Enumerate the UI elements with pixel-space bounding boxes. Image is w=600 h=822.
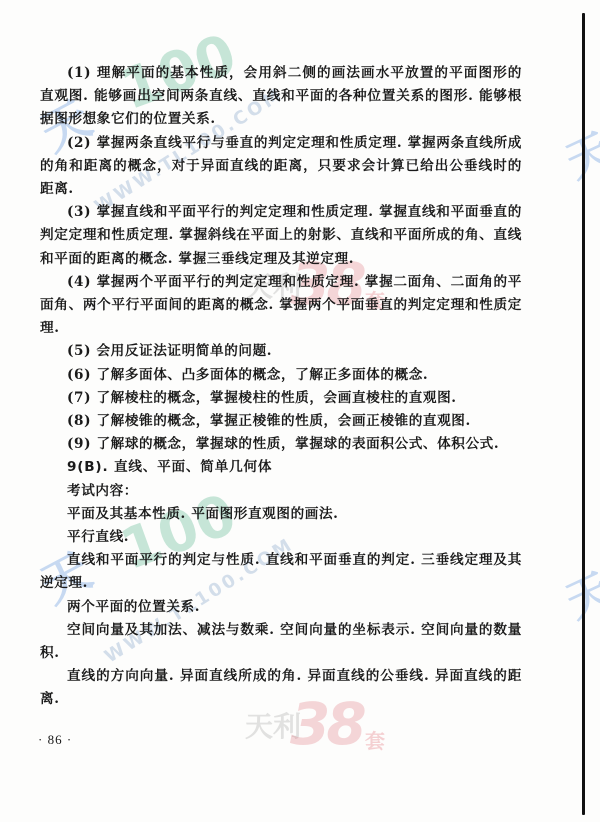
page-binding-line (582, 13, 585, 815)
requirement-item-6: (6) 了解多面体、凸多面体的概念，了解正多面体的概念. (40, 364, 522, 387)
requirement-item-2: (2) 掌握两条直线平行与垂直的判定定理和性质定理. 掌握两条直线所成的角和距离… (40, 132, 522, 202)
exam-content-label: 考试内容： (40, 480, 522, 503)
watermark-tian-char-edge: 天 (554, 114, 600, 191)
section-heading: 9(B). 直线、平面、简单几何体 (40, 456, 522, 479)
requirement-item-4: (4) 掌握两个平面平行的判定定理和性质定理. 掌握二面角、二面角的平面角、两个… (40, 271, 522, 341)
requirement-item-7: (7) 了解棱柱的概念，掌握棱柱的性质，会画直棱柱的直观图. (40, 387, 522, 410)
exam-content-item-3: 直线和平面平行的判定与性质. 直线和平面垂直的判定. 三垂线定理及其逆定理. (40, 549, 522, 595)
exam-content-item-2: 平行直线. (40, 526, 522, 549)
exam-content-item-4: 两个平面的位置关系. (40, 596, 522, 619)
scanned-page: 100 天 WWW.TL100.COM 天利 38 套 100 天 WWW.TL… (0, 0, 600, 822)
page-number: · 86 · (38, 732, 72, 748)
requirement-item-3: (3) 掌握直线和平面平行的判定定理和性质定理. 掌握直线和平面垂直的判定定理和… (40, 201, 522, 271)
exam-content-item-1: 平面及其基本性质. 平面图形直观图的画法. (40, 503, 522, 526)
requirement-item-8: (8) 了解棱锥的概念，掌握正棱锥的性质，会画正棱锥的直观图. (40, 410, 522, 433)
requirement-item-1: (1) 理解平面的基本性质，会用斜二侧的画法画水平放置的平面图形的直观图. 能够… (40, 62, 522, 132)
exam-content-item-5: 空间向量及其加法、减法与数乘. 空间向量的坐标表示. 空间向量的数量积. (40, 619, 522, 665)
watermark-tian-char-edge: 天 (554, 554, 600, 631)
requirement-item-5: (5) 会用反证法证明简单的问题. (40, 340, 522, 363)
requirement-item-9: (9) 了解球的概念，掌握球的性质，掌握球的表面积公式、体积公式. (40, 433, 522, 456)
watermark-brand-tao: 套 (365, 725, 385, 754)
exam-content-item-6: 直线的方向向量. 异面直线所成的角. 异面直线的公垂线. 异面直线的距离. (40, 665, 522, 711)
document-body: (1) 理解平面的基本性质，会用斜二侧的画法画水平放置的平面图形的直观图. 能够… (40, 62, 522, 712)
